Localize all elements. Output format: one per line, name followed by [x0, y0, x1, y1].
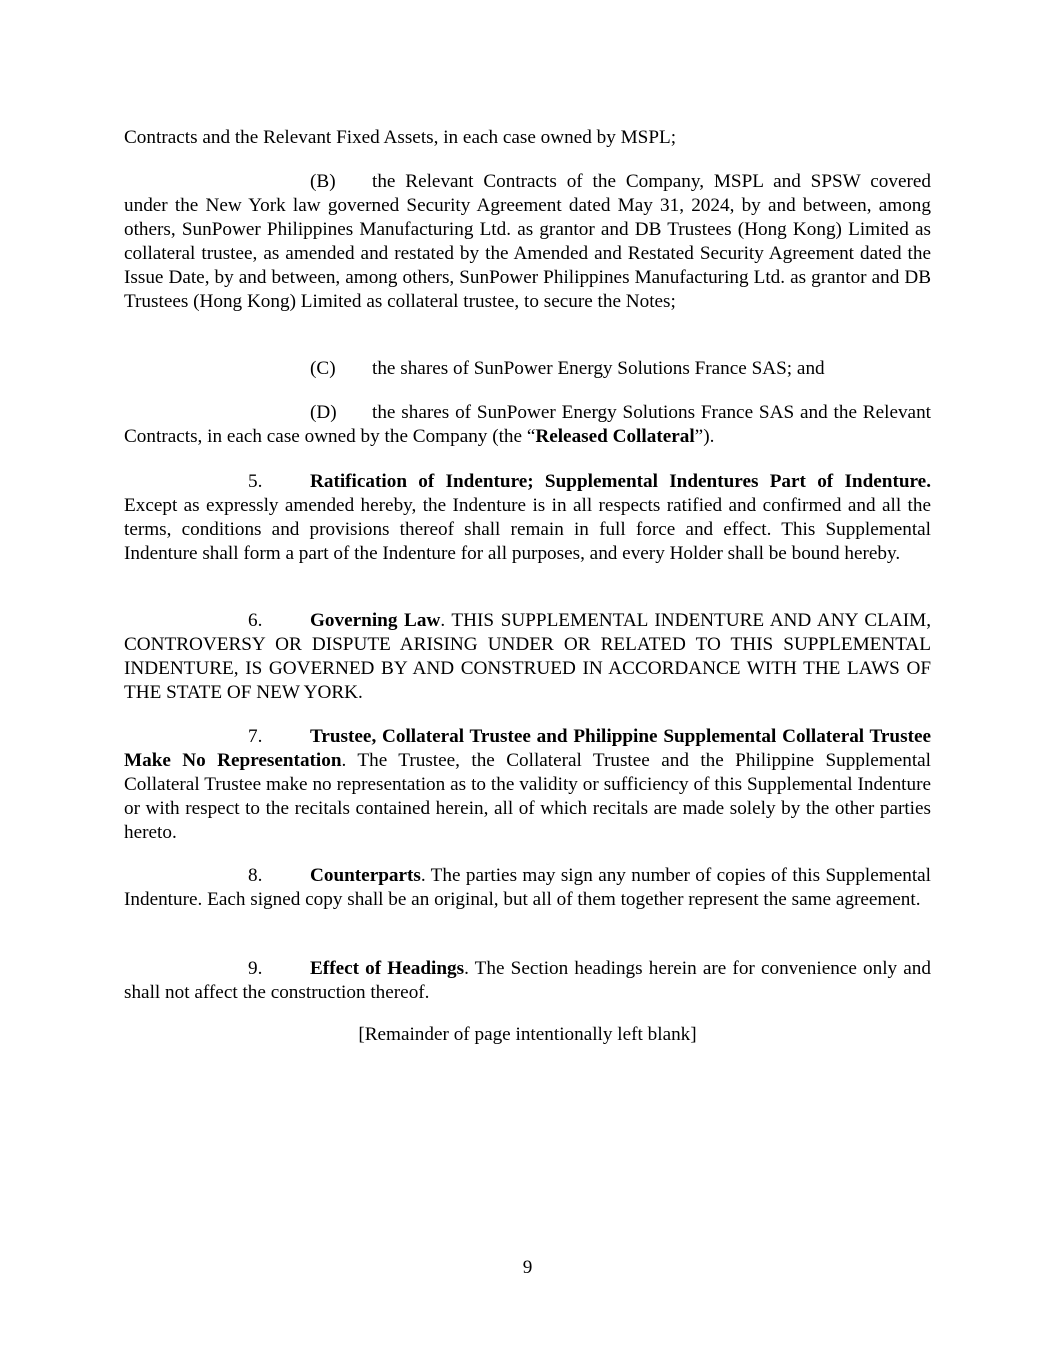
section-6: 6.Governing Law. THIS SUPPLEMENTAL INDEN…: [124, 609, 931, 705]
section-number: 9.: [248, 957, 310, 981]
section-heading: Ratification of Indenture; Supplemental …: [310, 471, 931, 492]
item-c-label: (C): [310, 357, 372, 381]
section-body: . THIS SUPPLEMENTAL INDENTURE AND ANY CL…: [124, 610, 931, 703]
item-c-paragraph: (C)the shares of SunPower Energy Solutio…: [124, 357, 931, 381]
remainder-note: [Remainder of page intentionally left bl…: [124, 1023, 931, 1047]
section-heading: Effect of Headings: [310, 958, 464, 979]
section-heading: Governing Law: [310, 610, 440, 631]
section-number: 8.: [248, 864, 310, 888]
section-number: 6.: [248, 609, 310, 633]
item-d-label: (D): [310, 401, 372, 425]
section-number: 5.: [248, 470, 310, 494]
section-9: 9.Effect of Headings. The Section headin…: [124, 957, 931, 1005]
section-body: Except as expressly amended hereby, the …: [124, 495, 931, 564]
section-8: 8.Counterparts. The parties may sign any…: [124, 864, 931, 912]
section-heading: Counterparts: [310, 865, 421, 886]
item-d-paragraph: (D)the shares of SunPower Energy Solutio…: [124, 401, 931, 449]
section-number: 7.: [248, 725, 310, 749]
section-body: . The parties may sign any number of cop…: [124, 865, 931, 910]
section-body: . The Section headings herein are for co…: [124, 958, 931, 1003]
item-b-text: the Relevant Contracts of the Company, M…: [124, 171, 931, 312]
section-5: 5.Ratification of Indenture; Supplementa…: [124, 470, 931, 566]
item-c-text: the shares of SunPower Energy Solutions …: [372, 358, 825, 379]
section-7: 7.Trustee, Collateral Trustee and Philip…: [124, 725, 931, 845]
page-number: 9: [0, 1256, 1055, 1280]
carryover-paragraph: Contracts and the Relevant Fixed Assets,…: [124, 126, 931, 150]
item-b-paragraph: (B)the Relevant Contracts of the Company…: [124, 170, 931, 313]
item-b-label: (B): [310, 170, 372, 194]
defined-term-released-collateral: Released Collateral: [535, 426, 694, 447]
